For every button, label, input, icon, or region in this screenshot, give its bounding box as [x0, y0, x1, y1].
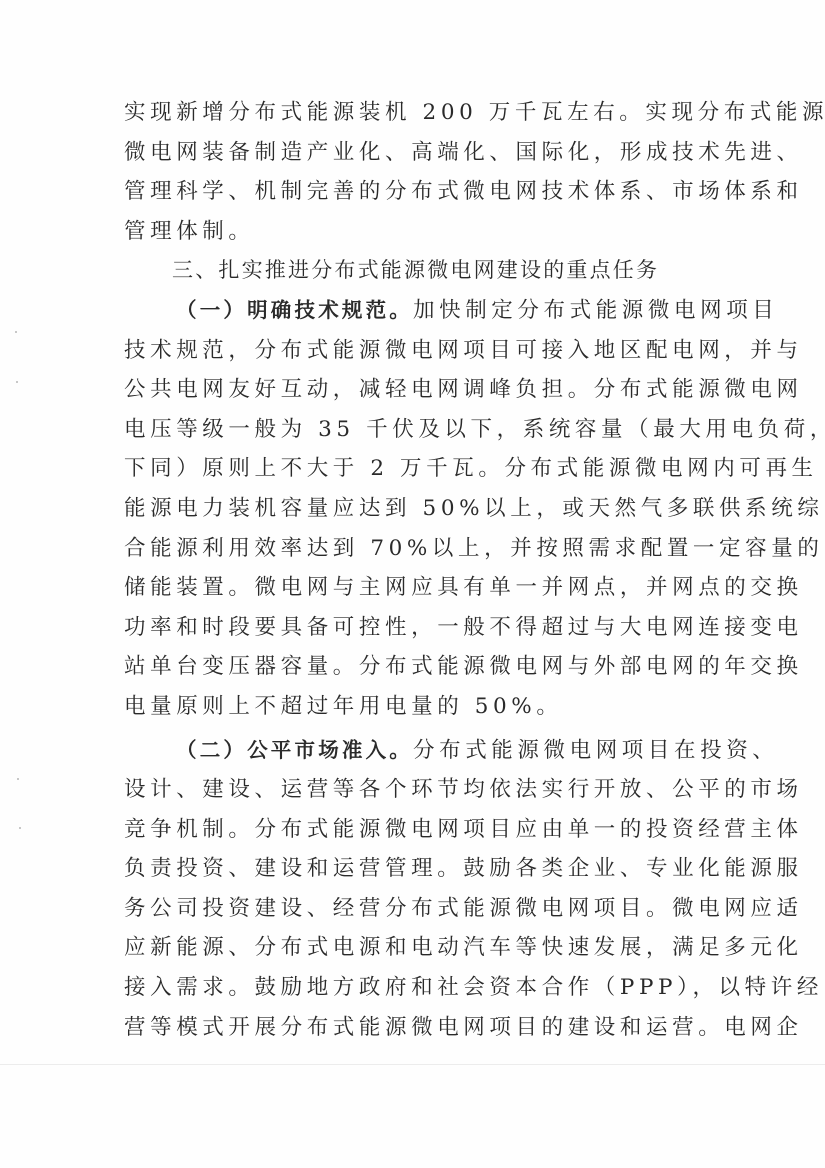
text-line: 合能源利用效率达到 70%以上，并按照需求配置一定容量的 — [124, 529, 709, 569]
text-line: 设计、建设、运营等各个环节均依法实行开放、公平的市场 — [124, 770, 709, 810]
text-line: 接入需求。鼓励地方政府和社会资本合作（PPP），以特许经 — [124, 968, 709, 1008]
text-line: 竞争机制。分布式能源微电网项目应由单一的投资经营主体 — [124, 810, 709, 850]
paragraph-market-access: （二）公平市场准入。分布式能源微电网项目在投资、 设计、建设、运营等各个环节均依… — [124, 731, 709, 1048]
text-line: 营等模式开展分布式能源微电网项目的建设和运营。电网企 — [124, 1008, 709, 1048]
item-text: 分布式能源微电网项目在投资、 — [413, 738, 778, 763]
text-line: 技术规范，分布式能源微电网项目可接入地区配电网，并与 — [124, 331, 709, 371]
text-line-first: （二）公平市场准入。分布式能源微电网项目在投资、 — [124, 731, 709, 771]
text-line: 功率和时段要具备可控性，一般不得超过与大电网连接变电 — [124, 608, 709, 648]
text-line: 应新能源、分布式电源和电动汽车等快速发展，满足多元化 — [124, 928, 709, 968]
text-line: 负责投资、建设和运营管理。鼓励各类企业、专业化能源服 — [124, 849, 709, 889]
text-line: 下同）原则上不大于 2 万千瓦。分布式能源微电网内可再生 — [124, 449, 709, 489]
text-line: 站单台变压器容量。分布式能源微电网与外部电网的年交换 — [124, 647, 709, 687]
paragraph-technical-specs: （一）明确技术规范。加快制定分布式能源微电网项目 技术规范，分布式能源微电网项目… — [124, 291, 709, 727]
item-title: （一）明确技术规范。 — [176, 298, 413, 322]
text-line: 储能装置。微电网与主网应具有单一并网点，并网点的交换 — [124, 568, 709, 608]
text-line: 公共电网友好互动，减轻电网调峰负担。分布式能源微电网 — [124, 370, 709, 410]
text-line: 电压等级一般为 35 千伏及以下，系统容量（最大用电负荷， — [124, 410, 709, 450]
section-heading: 三、扎实推进分布式能源微电网建设的重点任务 — [124, 251, 709, 291]
paragraph-goals-continuation: 实现新增分布式能源装机 200 万千瓦左右。实现分布式能源 微电网装备制造产业化… — [124, 93, 709, 251]
page-bottom-rule — [0, 1064, 825, 1065]
item-text: 加快制定分布式能源微电网项目 — [413, 298, 778, 323]
text-line: 实现新增分布式能源装机 200 万千瓦左右。实现分布式能源 — [124, 93, 709, 133]
text-line: 管理体制。 — [124, 212, 709, 252]
text-line: 管理科学、机制完善的分布式微电网技术体系、市场体系和 — [124, 172, 709, 212]
text-line: 能源电力装机容量应达到 50%以上，或天然气多联供系统综 — [124, 489, 709, 529]
text-line: 微电网装备制造产业化、高端化、国际化，形成技术先进、 — [124, 133, 709, 173]
scanned-document-page: 实现新增分布式能源装机 200 万千瓦左右。实现分布式能源 微电网装备制造产业化… — [0, 0, 825, 1168]
text-line: 电量原则上不超过年用电量的 50%。 — [124, 687, 709, 727]
text-line: 务公司投资建设、经营分布式能源微电网项目。微电网应适 — [124, 889, 709, 929]
item-title: （二）公平市场准入。 — [176, 738, 413, 762]
scan-speck — [15, 331, 17, 333]
text-line-first: （一）明确技术规范。加快制定分布式能源微电网项目 — [124, 291, 709, 331]
document-body: 实现新增分布式能源装机 200 万千瓦左右。实现分布式能源 微电网装备制造产业化… — [124, 93, 709, 1047]
scan-speck — [19, 827, 21, 829]
scan-speck — [17, 778, 19, 780]
scan-speck — [16, 381, 18, 383]
